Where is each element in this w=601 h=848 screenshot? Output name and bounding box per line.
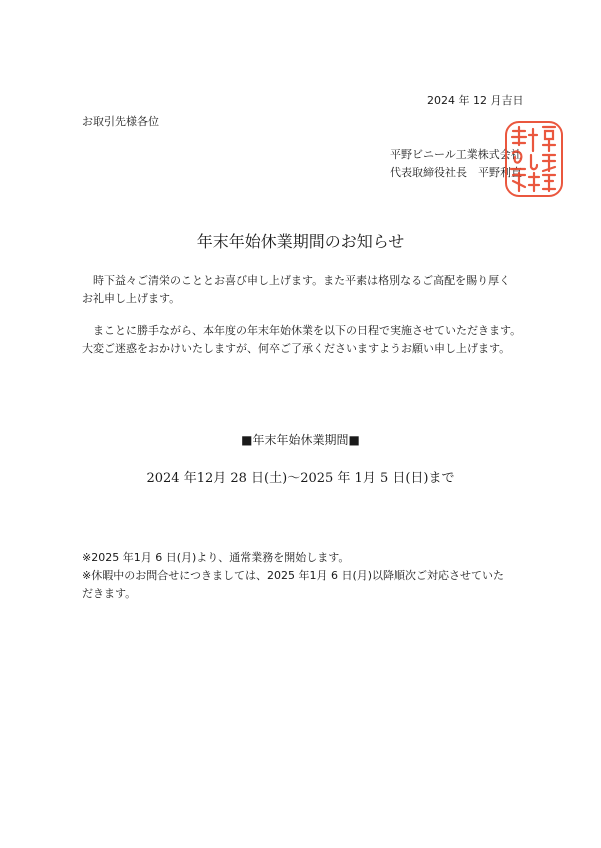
sender-company: 平野ビニール工業株式会社 (390, 146, 522, 162)
notice-line-2: 大変ご迷惑をおかけいたしますが、何卒ご了承くださいますようお願い申し上げます。 (82, 341, 510, 357)
greeting-line-2: お礼申し上げます。 (82, 291, 180, 307)
document-title: 年末年始休業期間のお知らせ (0, 229, 601, 252)
greeting-line-1: 時下益々ご清栄のこととお喜び申し上げます。また平素は格別なるご高配を賜り厚く (93, 273, 510, 289)
recipient: お取引先様各位 (82, 113, 159, 129)
holiday-period-dates: 2024 年12月 28 日(土)～2025 年 1月 5 日(日)まで (0, 467, 601, 486)
issue-date: 2024 年 12 月吉日 (427, 92, 523, 108)
note-inquiries-line-1: ※休暇中のお問合せにつきましては、2025 年1月 6 日(月)以降順次ご対応さ… (82, 568, 504, 584)
note-resume-business: ※2025 年1月 6 日(月)より、通常業務を開始します。 (82, 550, 349, 566)
notice-line-1: まことに勝手ながら、本年度の年末年始休業を以下の日程で実施させていただきます。 (93, 323, 521, 339)
company-seal-icon (505, 121, 563, 197)
sender-representative: 代表取締役社長 平野利直 (390, 164, 522, 180)
holiday-period-heading: ■年末年始休業期間■ (0, 431, 601, 448)
note-inquiries-line-2: だきます。 (82, 586, 136, 602)
